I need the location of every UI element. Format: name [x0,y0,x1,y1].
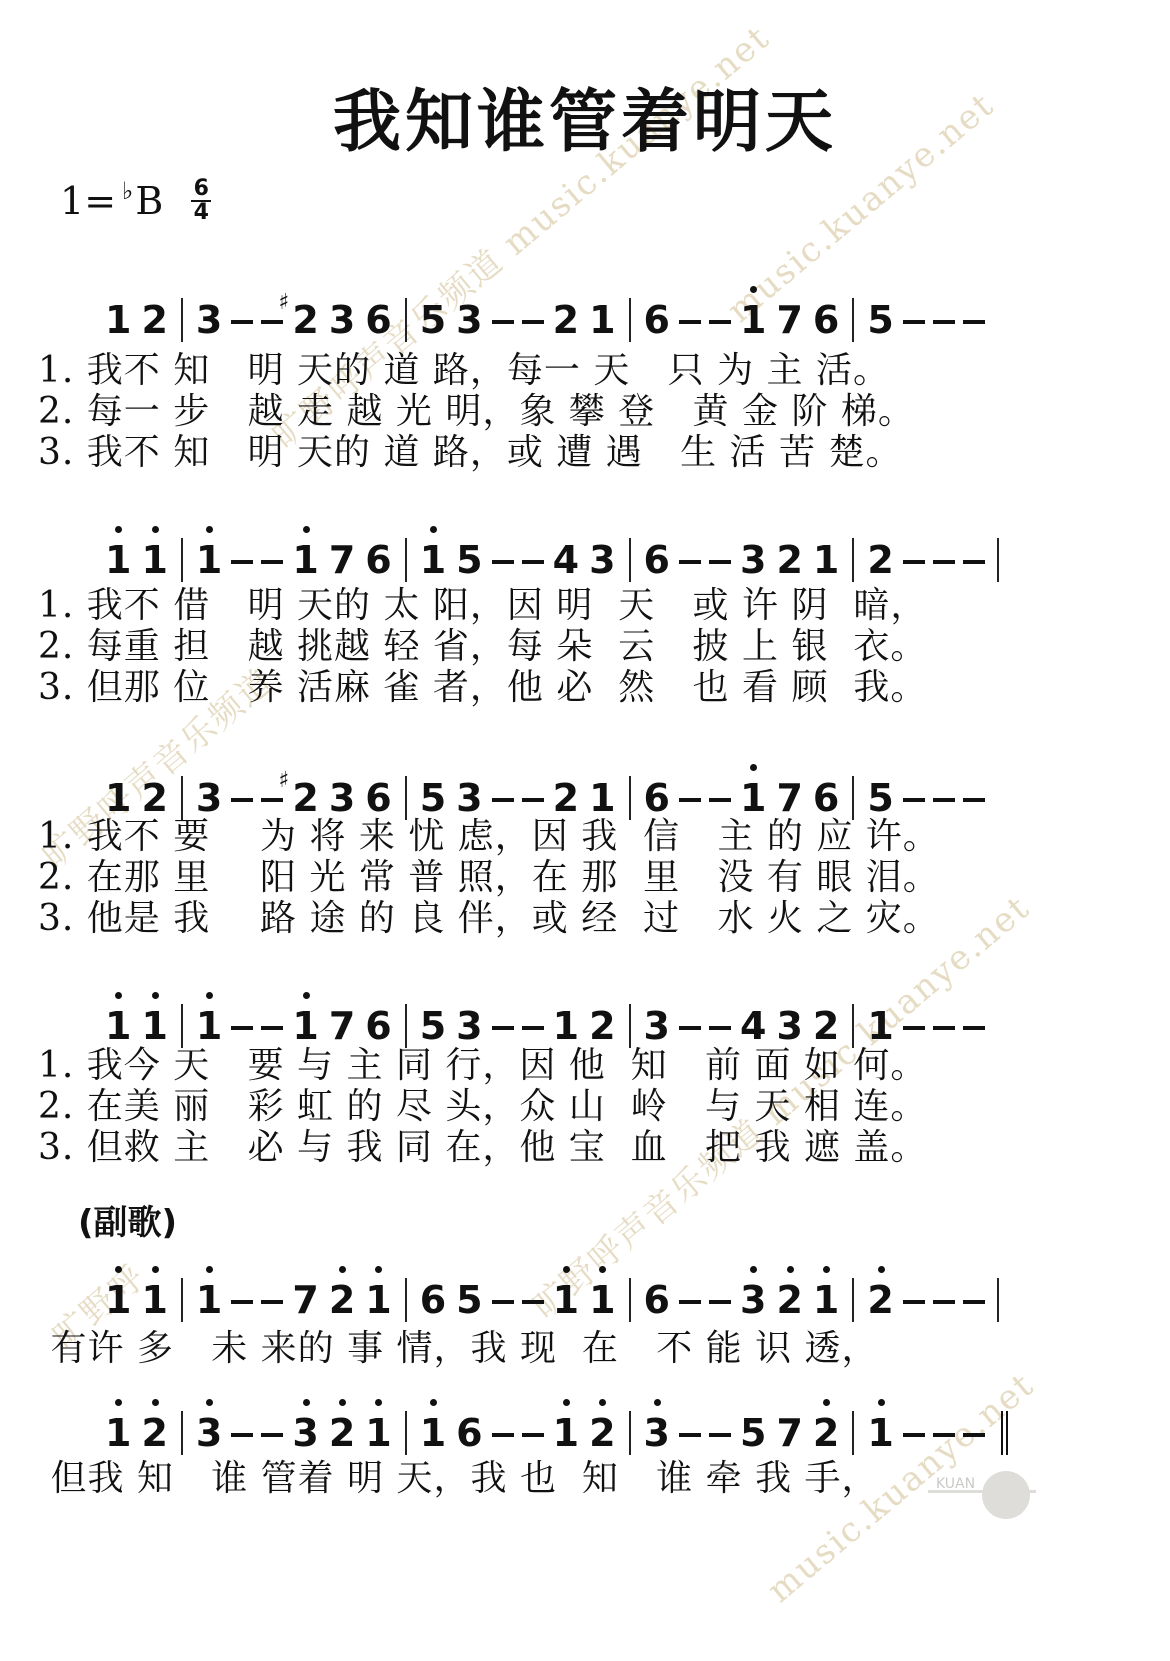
note: 2 [813,1004,839,1048]
measure: 1176 [181,538,405,582]
note: 3 [589,538,615,582]
note: 1 [365,1278,391,1322]
dash-hold [261,1433,283,1437]
note: 2 [813,1411,839,1455]
dash-hold [261,1300,283,1304]
note: 1 [196,538,222,582]
dash-hold [679,1026,701,1030]
measure: 3321 [181,1411,405,1455]
measure: 1 [852,1004,996,1048]
dash-hold [709,560,731,564]
note: 1 [105,538,131,582]
measure: 6321 [629,1278,853,1322]
measure: 12 [92,776,181,820]
measure: 2 [852,1278,998,1322]
measure: 5 [852,776,996,820]
note: 1 [553,1278,579,1322]
measure: 12 [92,298,181,342]
lyrics-block: 有许 多 未 来的 事 情，我 现 在 不 能 识 透， [38,1328,879,1369]
note: 5 [867,776,893,820]
note: 6 [365,538,391,582]
lyric-line: 3. 但那 位 养 活麻 雀 者，他 必 然 也 看 顾 我。 [38,667,927,708]
measure: 3572 [629,1411,853,1455]
note: 3 [740,538,766,582]
note: 1 [105,1278,131,1322]
lyric-line: 2. 在那 里 阳 光 常 普 照，在 那 里 没 有 眼 泪。 [38,857,940,898]
note: 1 [141,1278,167,1322]
dash-hold [261,798,283,802]
note: 2 [141,776,167,820]
note: 6 [813,298,839,342]
dash-hold [492,320,514,324]
note: 1 [589,1278,615,1322]
measure: 1612 [405,1411,629,1455]
measure: 3236 [181,298,405,342]
key-signature: 1 = ♭ B 6 4 [60,178,211,224]
note: 2 [141,1411,167,1455]
notation-line: 111176154363212 [92,512,999,582]
note: 1 [553,1411,579,1455]
note: 2 [329,1278,355,1322]
note: 6 [644,1278,670,1322]
note: 6 [365,1004,391,1048]
key-equals: = [84,179,116,223]
lyric-line: 3. 但救 主 必 与 我 同 在，他 宝 血 把 我 遮 盖。 [38,1127,927,1168]
note: 7 [292,1278,318,1322]
measure: 5 [852,298,996,342]
dash-hold [903,798,925,802]
note: 2 [329,1411,355,1455]
measure: 12 [92,1411,181,1455]
note: 3 [456,298,482,342]
dash-hold [709,1026,731,1030]
measure: 5321 [405,298,629,342]
note: 1 [813,1278,839,1322]
dash-hold [933,1433,955,1437]
lyric-line: 2. 每一 步 越 走 越 光 明，象 攀 登 黄 金 阶 梯。 [38,391,915,432]
dash-hold [231,1433,253,1437]
flat-icon: ♭ [122,177,133,205]
note: 1 [105,1411,131,1455]
svg-text:KUAN: KUAN [936,1476,975,1492]
note: 1 [292,538,318,582]
dash-hold [709,1433,731,1437]
note: 2 [292,298,318,342]
measure: 2 [852,538,998,582]
note: 1 [105,776,131,820]
dash-hold [231,1026,253,1030]
note: 2 [141,298,167,342]
note: 3 [644,1411,670,1455]
lyrics-block: 但我 知 谁 管着 明 天，我 也 知 谁 牵 我 手， [38,1458,879,1499]
note: 3 [456,776,482,820]
measure: 1721 [181,1278,405,1322]
lyric-line: 2. 在美 丽 彩 虹 的 尽 头，众 山 岭 与 天 相 连。 [38,1086,927,1127]
measure: 6176 [629,776,853,820]
note: 3 [740,1278,766,1322]
measure: 6321 [629,538,853,582]
note: 1 [867,1411,893,1455]
note: 3 [292,1411,318,1455]
note: 2 [292,776,318,820]
note: 1 [867,1004,893,1048]
time-numerator: 6 [194,178,209,200]
note: 5 [456,1278,482,1322]
dash-hold [679,1300,701,1304]
note: 4 [553,538,579,582]
dash-hold [522,1026,544,1030]
note: 2 [589,1004,615,1048]
dash-hold [709,1300,731,1304]
lyric-line: 1. 我不 要 为 将 来 忧 虑，因 我 信 主 的 应 许。 [38,816,940,857]
dash-hold [492,1300,514,1304]
note: 1 [813,538,839,582]
measure: 3432 [629,1004,853,1048]
note: 6 [365,776,391,820]
note: 2 [776,1278,802,1322]
note: 1 [196,1278,222,1322]
lyrics-block: 1. 我不 借 明 天的 太 阳，因 明 天 或 许 阴 暗，2. 每重 担 越… [38,585,927,708]
measure: 1543 [405,538,629,582]
note: 1 [196,1004,222,1048]
note: 1 [105,298,131,342]
dash-hold [231,1300,253,1304]
note: 5 [867,298,893,342]
note: 3 [196,1411,222,1455]
dash-hold [492,1433,514,1437]
note: 6 [644,538,670,582]
note: 7 [776,1411,802,1455]
dash-hold [963,1026,985,1030]
note: 5 [420,298,446,342]
song-title: 我知谁管着明天 [0,68,1170,165]
time-signature: 6 4 [191,178,211,224]
note: 2 [776,538,802,582]
dash-hold [903,1026,925,1030]
lyric-line: 1. 我不 借 明 天的 太 阳，因 明 天 或 许 阴 暗， [38,585,927,626]
dash-hold [709,320,731,324]
measure: 5321 [405,776,629,820]
note: 3 [196,776,222,820]
measure: 11 [92,1278,181,1322]
chorus-label: (副歌) [78,1195,177,1244]
lyrics-block: 1. 我不 知 明 天的 道 路，每一 天 只 为 主 活。2. 每一 步 越 … [38,350,915,473]
lyric-line: 但我 知 谁 管着 明 天，我 也 知 谁 牵 我 手， [38,1458,879,1499]
measure: 1176 [181,1004,405,1048]
note: 1 [589,776,615,820]
notation-line: 111176531234321 [92,978,997,1048]
note: 5 [420,1004,446,1048]
time-denominator: 4 [194,202,209,224]
dash-hold [963,320,985,324]
note: 1 [740,776,766,820]
note: 7 [776,298,802,342]
notation-line: 123236532161765 [92,750,997,820]
note: 1 [141,1004,167,1048]
dash-hold [679,560,701,564]
note: 6 [420,1278,446,1322]
lyric-line: 2. 每重 担 越 挑越 轻 省，每 朵 云 披 上 银 衣。 [38,626,927,667]
dash-hold [679,320,701,324]
measure: 6511 [405,1278,629,1322]
dash-hold [492,1026,514,1030]
dash-hold [963,1433,985,1437]
dash-hold [903,1433,925,1437]
dash-hold [933,1300,955,1304]
note: 7 [776,776,802,820]
note: 3 [329,298,355,342]
measure: 11 [92,1004,181,1048]
note: 7 [329,1004,355,1048]
dash-hold [231,320,253,324]
dash-hold [903,320,925,324]
note: 5 [456,538,482,582]
lyric-line: 有许 多 未 来的 事 情，我 现 在 不 能 识 透， [38,1328,879,1369]
note: 6 [456,1411,482,1455]
note: 1 [141,538,167,582]
note: 3 [329,776,355,820]
measure: 11 [92,538,181,582]
note: 4 [740,1004,766,1048]
note: 2 [867,1278,893,1322]
dash-hold [679,798,701,802]
dash-hold [709,798,731,802]
note: 1 [553,1004,579,1048]
dash-hold [492,560,514,564]
note: 3 [196,298,222,342]
note: 6 [813,776,839,820]
note: 7 [329,538,355,582]
dash-hold [963,798,985,802]
note: 2 [867,538,893,582]
dash-hold [261,1026,283,1030]
dash-hold [933,798,955,802]
measure: 6176 [629,298,853,342]
note: 3 [456,1004,482,1048]
note: 1 [105,1004,131,1048]
note: 6 [644,776,670,820]
dash-hold [231,798,253,802]
dash-hold [933,1026,955,1030]
measure: 1 [852,1411,1007,1455]
dash-hold [522,798,544,802]
note: 1 [420,1411,446,1455]
dash-hold [492,798,514,802]
note: 3 [644,1004,670,1048]
note: 5 [420,776,446,820]
note: 1 [589,298,615,342]
kuanye-logo: KUAN [928,1470,1038,1520]
dash-hold [261,320,283,324]
dash-hold [522,1433,544,1437]
note: 5 [740,1411,766,1455]
lyric-line: 1. 我今 天 要 与 主 同 行，因 他 知 前 面 如 何。 [38,1045,927,1086]
notation-line: 111721651163212 [92,1252,999,1322]
dash-hold [963,1300,985,1304]
note: 6 [365,298,391,342]
notation-line: 123321161235721 [92,1385,1008,1455]
lyrics-block: 1. 我今 天 要 与 主 同 行，因 他 知 前 面 如 何。2. 在美 丽 … [38,1045,927,1168]
dash-hold [522,1300,544,1304]
note: 6 [644,298,670,342]
note: 1 [420,538,446,582]
measure: 5312 [405,1004,629,1048]
dash-hold [522,320,544,324]
note: 2 [589,1411,615,1455]
notation-line: 123236532161765 [92,272,997,342]
note: 2 [553,776,579,820]
note: 3 [776,1004,802,1048]
note: 1 [292,1004,318,1048]
lyric-line: 1. 我不 知 明 天的 道 路，每一 天 只 为 主 活。 [38,350,915,391]
lyric-line: 3. 他是 我 路 途 的 良 伴，或 经 过 水 火 之 灾。 [38,898,940,939]
measure: 3236 [181,776,405,820]
key-tonic: 1 [60,179,84,223]
note: 1 [365,1411,391,1455]
dash-hold [963,560,985,564]
dash-hold [933,560,955,564]
dash-hold [903,1300,925,1304]
dash-hold [933,320,955,324]
key-name: B [135,179,163,223]
note: 1 [740,298,766,342]
dash-hold [903,560,925,564]
dash-hold [261,560,283,564]
dash-hold [522,560,544,564]
dash-hold [679,1433,701,1437]
dash-hold [231,560,253,564]
note: 2 [553,298,579,342]
lyric-line: 3. 我不 知 明 天的 道 路，或 遭 遇 生 活 苦 楚。 [38,432,915,473]
lyrics-block: 1. 我不 要 为 将 来 忧 虑，因 我 信 主 的 应 许。2. 在那 里 … [38,816,940,939]
